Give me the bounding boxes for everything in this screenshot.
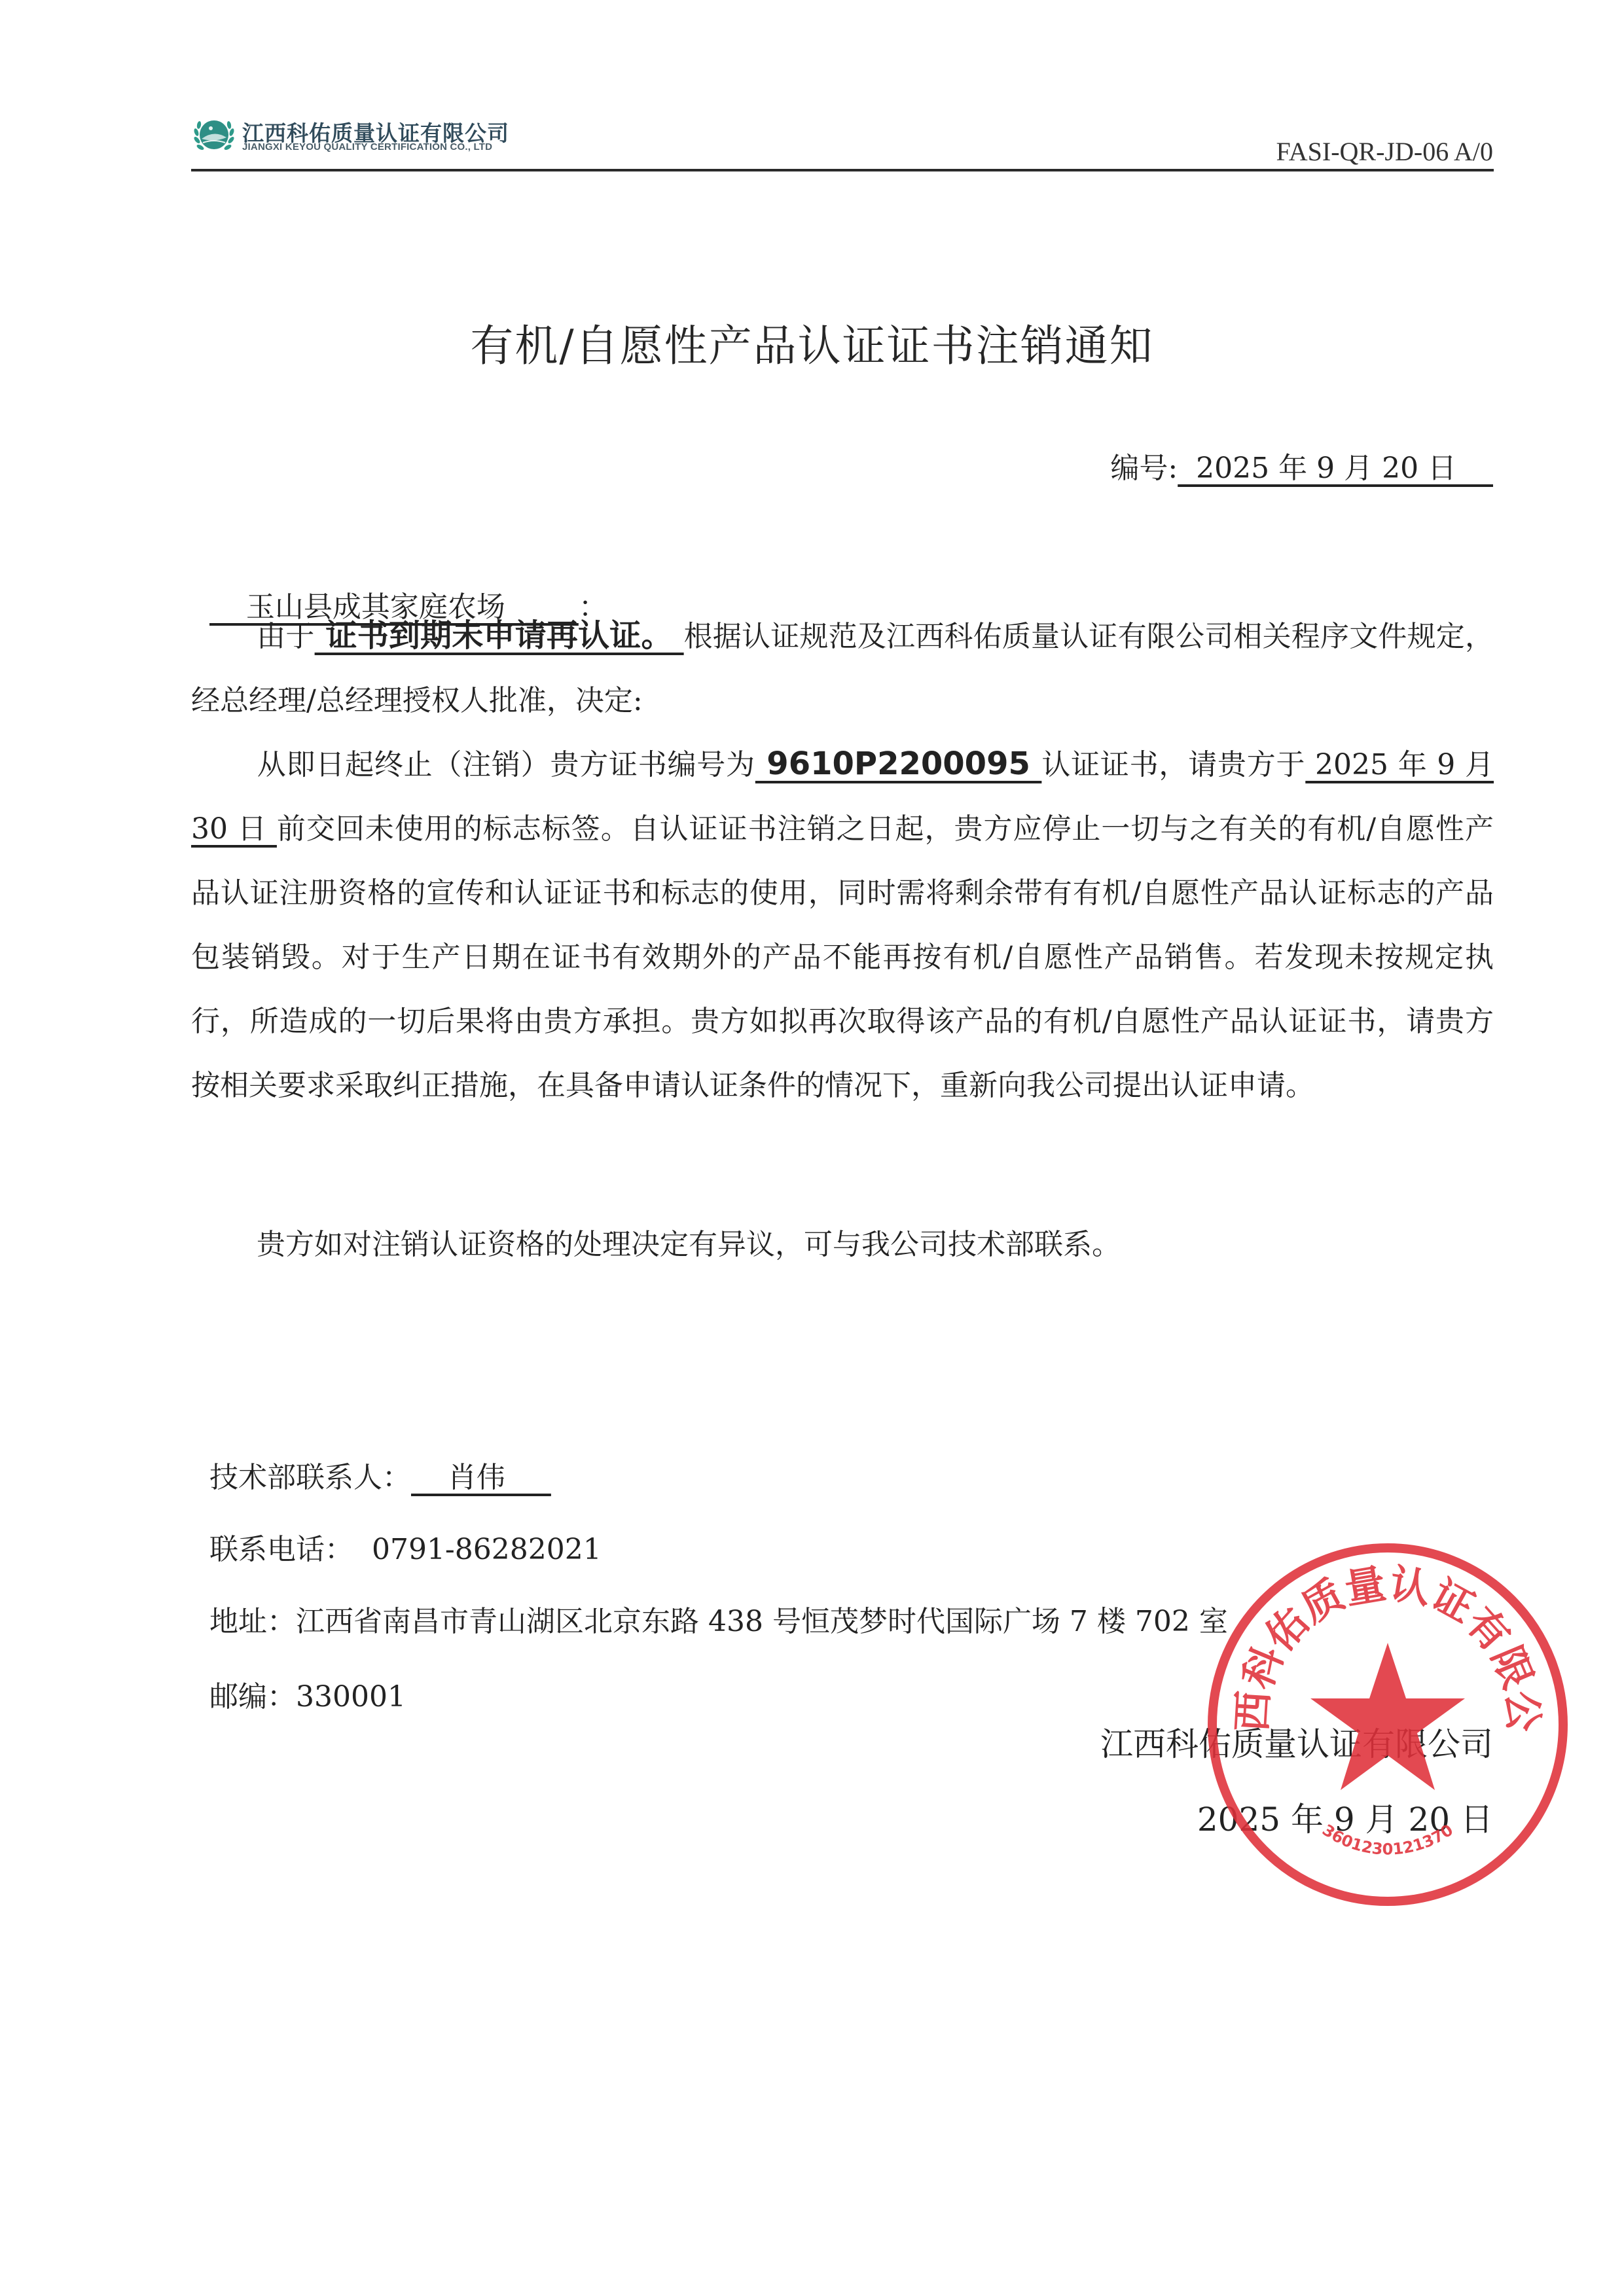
certificate-number: 9610P2200095 bbox=[755, 745, 1042, 782]
company-name-en: JIANGXI KEYOU QUALITY CERTIFICATION CO.,… bbox=[242, 141, 492, 152]
contact-person-label: 技术部联系人： bbox=[209, 1461, 411, 1494]
page-title: 有机/自愿性产品认证证书注销通知 bbox=[0, 311, 1624, 373]
header-divider bbox=[191, 169, 1494, 171]
contact-address-label: 地址： bbox=[209, 1605, 296, 1638]
company-logo bbox=[191, 113, 237, 158]
laurel-globe-logo-icon bbox=[191, 113, 237, 158]
number-label: 编号: bbox=[1110, 452, 1178, 485]
contact-address: 地址：江西省南昌市青山湖区北京东路 438 号恒茂梦时代国际广场 7 楼 702… bbox=[191, 1564, 1228, 1640]
paragraph-decision: 从即日起终止（注销）贵方证书编号为 9610P2200095 认证证书，请贵方于… bbox=[191, 732, 1494, 1118]
document-number: 编号: 2025 年 9 月 20 日 bbox=[1092, 411, 1493, 486]
contact-postcode-label: 邮编： bbox=[209, 1680, 296, 1713]
contact-person-value: 肖伟 bbox=[411, 1461, 551, 1494]
paragraph-objection: 贵方如对注销认证资格的处理决定有异议，可与我公司技术部联系。 bbox=[191, 1213, 1494, 1277]
paragraph-reason: 由于 证书到期未申请再认证。 根据认证规范及江西科佑质量认证有限公司相关程序文件… bbox=[191, 603, 1494, 733]
svg-text:江西科佑质量认证有限公司: 江西科佑质量认证有限公司 bbox=[1198, 1532, 1547, 1733]
signature-company: 江西科佑质量认证有限公司 bbox=[1100, 1718, 1493, 1765]
number-value: 2025 年 9 月 20 日 bbox=[1178, 452, 1493, 485]
document-code: FASI-QR-JD-06 A/0 bbox=[1276, 136, 1493, 167]
cancellation-reason: 证书到期未申请再认证。 bbox=[315, 617, 684, 654]
decision-text-c: 前交回未使用的标志标签。自认证证书注销之日起，贵方应停止一切与之有关的有机/自愿… bbox=[191, 812, 1494, 1102]
contact-postcode: 邮编：330001 bbox=[191, 1640, 406, 1715]
contact-postcode-value: 330001 bbox=[296, 1680, 406, 1713]
signature-date: 2025 年 9 月 20 日 bbox=[1197, 1793, 1493, 1840]
decision-text-a: 从即日起终止（注销）贵方证书编号为 bbox=[257, 748, 755, 781]
reason-prefix: 由于 bbox=[257, 620, 315, 653]
contact-address-value: 江西省南昌市青山湖区北京东路 438 号恒茂梦时代国际广场 7 楼 702 室 bbox=[296, 1605, 1228, 1638]
decision-text-b: 认证证书，请贵方于 bbox=[1041, 748, 1305, 781]
contact-phone-value: 0791-86282021 bbox=[353, 1533, 602, 1566]
contact-phone-label: 联系电话： bbox=[209, 1533, 353, 1566]
objection-text: 贵方如对注销认证资格的处理决定有异议，可与我公司技术部联系。 bbox=[257, 1228, 1121, 1261]
contact-phone: 联系电话： 0791-86282021 bbox=[191, 1492, 602, 1568]
contact-person: 技术部联系人： 肖伟 bbox=[191, 1420, 551, 1496]
